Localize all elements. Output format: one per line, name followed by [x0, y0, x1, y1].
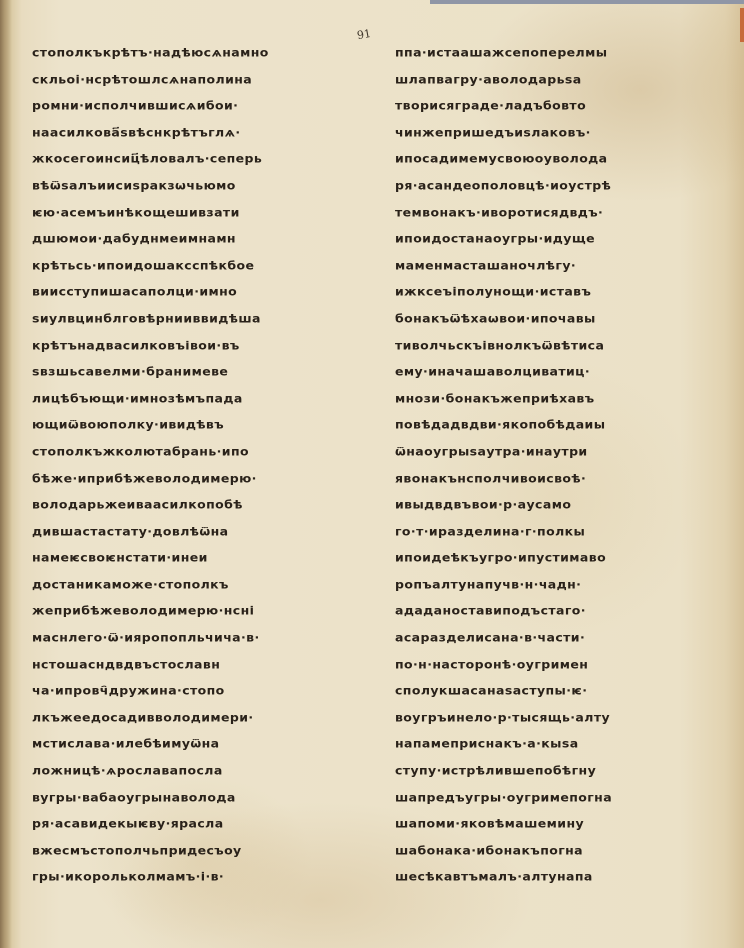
text-line: ѿнаоугрыѕаутра·инаутри — [395, 440, 725, 464]
text-line: ступу·истрѣлившепобѣгну — [395, 759, 725, 783]
text-line: гры·икорольколмамъ·і·в· — [32, 865, 362, 889]
text-line: намеѥсвоѥнстати·инеи — [32, 546, 362, 570]
text-line: ему·иначашаволциватиц· — [395, 360, 725, 384]
text-line: дившастастату·довлѣѿна — [32, 520, 362, 544]
text-line: ижксеъіполунощи·иставъ — [395, 280, 725, 304]
text-line: ложницѣ·ѧрославапосла — [32, 759, 362, 783]
text-line: асаразделисана·в·части· — [395, 626, 725, 650]
text-line: ѕвзшьсавелми·бранимеве — [32, 360, 362, 384]
text-line: сполукшасанаѕаступы·ѥ· — [395, 679, 725, 703]
scan-edge-mark — [740, 8, 744, 42]
text-line: шесѣкавтъмалъ·алтунапа — [395, 865, 725, 889]
text-line: ипоидостанаоугры·идуще — [395, 227, 725, 251]
text-line: мстислава·илебѣимуѿна — [32, 733, 362, 757]
text-line: крѣтьсь·ипоидошаксспѣкбое — [32, 254, 362, 278]
text-line: темвонакъ·иворотисядвдъ· — [395, 201, 725, 225]
text-line: по·н·насторонѣ·оугримен — [395, 653, 725, 677]
text-line: воугръинело·р·тысящь·алту — [395, 706, 725, 730]
text-line: напамеприснакъ·а·кыѕа — [395, 733, 725, 757]
text-line: маснлего·ѿ·ияропопльчича·в· — [32, 626, 362, 650]
text-line: достаникаможе·стополкъ — [32, 573, 362, 597]
text-line: скльоі·нсрѣтошлсѧнаполина — [32, 68, 362, 92]
text-line: ададаноставиподъстаго· — [395, 600, 725, 624]
text-line: ипосадимемусвоюоуволода — [395, 147, 725, 171]
text-line: чинжепришедъиѕлаковъ· — [395, 121, 725, 145]
text-line: стополкъжколютабрань·ипо — [32, 440, 362, 464]
text-line: вугры·вабаоугрынаволода — [32, 786, 362, 810]
text-line: ря·асавидекыѥву·ярасла — [32, 812, 362, 836]
binding-shadow — [0, 0, 12, 948]
text-line: дшюмои·дабуднмеимнамн — [32, 227, 362, 251]
text-line: бѣже·иприбѣжеволодимерю· — [32, 467, 362, 491]
text-line: володарьжеиваасилкопобѣ — [32, 493, 362, 517]
text-line: ѥю·асемъинѣкощешивзати — [32, 201, 362, 225]
text-line: вжесмъстополчьпридесъоу — [32, 839, 362, 863]
text-line: ѕиулвцинблговѣрнииввидѣша — [32, 307, 362, 331]
right-text-column: ппа·истаашажсепоперелмы шлапвагру·аволод… — [395, 40, 725, 891]
text-line: творисяграде·ладъбовто — [395, 94, 725, 118]
text-line: го·т·иразделина·г·полкы — [395, 520, 725, 544]
text-line: виисступишасаполци·имно — [32, 280, 362, 304]
text-line: жкосегоинсиц҃ѣловалъ·сеперь — [32, 147, 362, 171]
text-line: ромни·исполчившисѧибои· — [32, 94, 362, 118]
text-line: ча·ипровч҄дружина·стопо — [32, 679, 362, 703]
text-line: крѣтънадвасилковъівои·въ — [32, 334, 362, 358]
text-line: явонакънсполчивоисвоѣ· — [395, 467, 725, 491]
text-line: тиволчьскъівнолкъѿвѣтиса — [395, 334, 725, 358]
text-line: ивыдвдвъвои·р·аусамо — [395, 493, 725, 517]
text-line: бонакъѿѣхаѡвои·ипочавы — [395, 307, 725, 331]
manuscript-page: 91 стополкъкрѣтъ·надѣюсѧнамно скльоі·нср… — [0, 0, 744, 948]
text-line: ипоидеѣкъугро·ипустимаво — [395, 546, 725, 570]
text-line: шабонака·ибонакъпогна — [395, 839, 725, 863]
text-line: повѣдадвдви·якопобѣдаиы — [395, 413, 725, 437]
text-line: ря·асандеополовцѣ·иоустрѣ — [395, 174, 725, 198]
left-text-column: стополкъкрѣтъ·надѣюсѧнамно скльоі·нсрѣто… — [32, 40, 362, 891]
text-line: нстошасндвдвъстославн — [32, 653, 362, 677]
text-line: вѣѿѕалъиисиѕракзѡчьюмо — [32, 174, 362, 198]
text-line: жеприбѣжеволодимерю·нсні — [32, 600, 362, 624]
text-line: лкъжеедосадивволодимери· — [32, 706, 362, 730]
text-line: стополкъкрѣтъ·надѣюсѧнамно — [32, 41, 362, 65]
text-line: ппа·истаашажсепоперелмы — [395, 41, 725, 65]
scan-edge-strip — [430, 0, 744, 4]
text-line: шапредъугры·оугримепогна — [395, 786, 725, 810]
text-line: шапоми·яковѣмашемину — [395, 812, 725, 836]
text-line: мнози·бонакъжеприѣхавъ — [395, 387, 725, 411]
text-line: маменмасташаночлѣгу· — [395, 254, 725, 278]
text-line: лицѣбъющи·имнозѣмъпада — [32, 387, 362, 411]
text-line: ющиѿвоюполку·ивидѣвъ — [32, 413, 362, 437]
text-line: наасилкова҃ѕвѣснкрѣтъглѧ· — [32, 121, 362, 145]
text-line: ропъалтунапучв·н·чадн· — [395, 573, 725, 597]
text-line: шлапвагру·аволодарьѕа — [395, 68, 725, 92]
